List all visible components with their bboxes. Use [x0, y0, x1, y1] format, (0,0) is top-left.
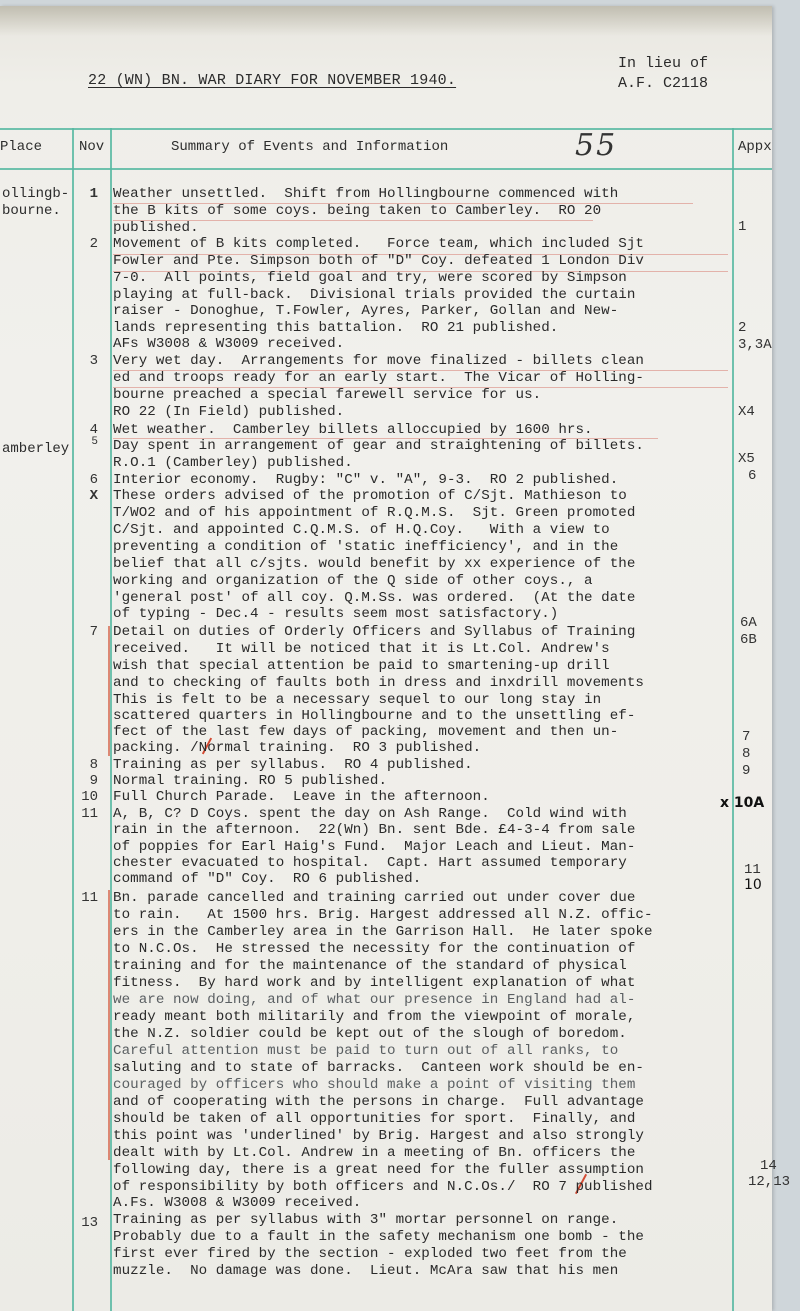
summary-line: Normal training. RO 5 published. [113, 773, 387, 790]
summary-line: lands representing this battalion. RO 21… [113, 320, 558, 337]
form-reference-line: In lieu of [618, 54, 708, 74]
summary-line: 7-0. All points, field goal and try, wer… [113, 270, 627, 287]
appendix-ref: 9 [742, 763, 750, 779]
summary-line: Movement of B kits completed. Force team… [113, 236, 644, 253]
appendix-ref: 12,13 [748, 1174, 790, 1190]
place-line: bourne. [2, 203, 69, 220]
appendix-ref: 11 [744, 862, 761, 878]
summary-line: Detail on duties of Orderly Officers and… [113, 624, 635, 641]
summary-line: Weather unsettled. Shift from Hollingbou… [113, 186, 618, 203]
day-number: 8 [70, 757, 98, 773]
header-bottom-rule [0, 168, 772, 170]
appendix-ref: 1 [738, 219, 746, 235]
summary-line: dealt with by Lt.Col. Andrew in a meetin… [113, 1145, 635, 1162]
summary-line: of responsibility by both officers and N… [113, 1179, 653, 1196]
appendix-ref: 6A [740, 615, 757, 631]
page-fold-shadow [0, 6, 772, 36]
appendix-ref-handwritten: 10 [744, 877, 762, 893]
summary-line: ready meant both militarily and from the… [113, 1009, 635, 1026]
red-margin-mark [108, 626, 110, 756]
summary-line: Probably due to a fault in the safety me… [113, 1229, 644, 1246]
summary-line: of poppies for Earl Haig's Fund. Major L… [113, 839, 635, 856]
column-header-place: Place [0, 139, 42, 155]
red-margin-mark [108, 890, 110, 1160]
summary-line: command of "D" Coy. RO 6 published. [113, 871, 421, 888]
summary-line: to rain. At 1500 hrs. Brig. Hargest addr… [113, 907, 653, 924]
column-header-appx: Appx [738, 139, 772, 155]
summary-line: to N.C.Os. He stressed the necessity for… [113, 941, 635, 958]
summary-line: AFs W3008 & W3009 received. [113, 336, 344, 353]
summary-line: Training as per syllabus. RO 4 published… [113, 757, 473, 774]
nov-column-divider [110, 128, 112, 1311]
summary-line: belief that all c/sjts. would benefit by… [113, 556, 635, 573]
place-camberley: amberley [2, 441, 69, 458]
summary-line: packing. /Normal training. RO 3 publishe… [113, 740, 481, 757]
summary-line: fect of the last few days of packing, mo… [113, 724, 618, 741]
summary-line: following day, there is a great need for… [113, 1162, 644, 1179]
summary-line: the B kits of some coys. being taken to … [113, 203, 601, 220]
summary-line: and of cooperating with the persons in c… [113, 1094, 644, 1111]
summary-line: scattered quarters in Hollingbourne and … [113, 708, 635, 725]
summary-line: A.Fs. W3008 & W3009 received. [113, 1195, 361, 1212]
appendix-ref: 14 [760, 1158, 777, 1174]
summary-line: rain in the afternoon. 22(Wn) Bn. sent B… [113, 822, 635, 839]
summary-line: Wet weather. Camberley billets alloccupi… [113, 422, 593, 439]
summary-line: working and organization of the Q side o… [113, 573, 593, 590]
appendix-ref: 6 [748, 468, 756, 484]
summary-line: should be taken of all opportunities for… [113, 1111, 635, 1128]
day-number: 10 [70, 789, 98, 805]
appendix-ref: X4 [738, 404, 755, 420]
summary-line: Full Church Parade. Leave in the afterno… [113, 789, 490, 806]
day-number: 5 [70, 436, 98, 448]
summary-line: received. It will be noticed that it is … [113, 641, 610, 658]
place-column-divider [72, 128, 74, 1311]
summary-line: wish that special attention be paid to s… [113, 658, 610, 675]
day-number: 11 [70, 806, 98, 822]
summary-line: These orders advised of the promotion of… [113, 488, 627, 505]
summary-line: raiser - Donoghue, T.Fowler, Ayres, Park… [113, 303, 618, 320]
summary-line: and to checking of faults both in dress … [113, 675, 644, 692]
appendix-ref: X5 [738, 451, 755, 467]
summary-line: playing at full-back. Divisional trials … [113, 287, 635, 304]
summary-line: 'general post' of all coy. Q.M.Ss. was o… [113, 590, 635, 607]
summary-line: Training as per syllabus with 3" mortar … [113, 1212, 618, 1229]
summary-line: Interior economy. Rugby: "C" v. "A", 9-3… [113, 472, 618, 489]
summary-line: muzzle. No damage was done. Lieut. McAra… [113, 1263, 618, 1280]
form-reference-line: A.F. C2118 [618, 74, 708, 94]
summary-line: Careful attention must be paid to turn o… [113, 1043, 618, 1060]
header-top-rule [0, 128, 772, 130]
summary-line: T/WO2 and of his appointment of R.Q.M.S.… [113, 505, 635, 522]
summary-line: Very wet day. Arrangements for move fina… [113, 353, 644, 370]
appendix-ref-handwritten: x 10A [720, 795, 764, 811]
day-number: 13 [70, 1215, 98, 1231]
place-line: amberley [2, 441, 69, 458]
summary-line: A, B, C? D Coys. spent the day on Ash Ra… [113, 806, 627, 823]
summary-line: fitness. By hard work and by intelligent… [113, 975, 635, 992]
document-title: 22 (WN) BN. WAR DIARY FOR NOVEMBER 1940. [88, 72, 456, 89]
form-reference: In lieu of A.F. C2118 [618, 54, 708, 94]
summary-line: ers in the Camberley area in the Garriso… [113, 924, 653, 941]
appendix-ref: 6B [740, 632, 757, 648]
appendix-ref: 2 [738, 320, 746, 336]
day-number: 6 [70, 472, 98, 488]
summary-line: saluting and to state of barracks. Cante… [113, 1060, 644, 1077]
summary-line: we are now doing, and of what our presen… [113, 992, 635, 1009]
summary-line: this point was 'underlined' by Brig. Har… [113, 1128, 644, 1145]
summary-line: first ever fired by the section - explod… [113, 1246, 627, 1263]
summary-line: the N.Z. soldier could be kept out of th… [113, 1026, 627, 1043]
appendix-ref: 8 [742, 746, 750, 762]
summary-line: ed and troops ready for an early start. … [113, 370, 644, 387]
day-number: 9 [70, 773, 98, 789]
summary-line: R.O.1 (Camberley) published. [113, 455, 353, 472]
summary-line: preventing a condition of 'static ineffi… [113, 539, 618, 556]
summary-line: This is felt to be a necessary sequel to… [113, 692, 601, 709]
day-number: 7 [70, 624, 98, 640]
day-number: X [70, 488, 98, 504]
summary-line: Fowler and Pte. Simpson both of "D" Coy.… [113, 253, 644, 270]
day-number: 2 [70, 236, 98, 252]
day-number: 11 [70, 890, 98, 906]
day-number: 1 [70, 186, 98, 202]
handwritten-page-number: 55 [575, 128, 617, 163]
summary-line: couraged by officers who should make a p… [113, 1077, 635, 1094]
summary-line: chester evacuated to hospital. Capt. Har… [113, 855, 627, 872]
appendix-ref: 3,3A [738, 337, 772, 353]
summary-line: RO 22 (In Field) published. [113, 404, 344, 421]
summary-line: published. [113, 220, 199, 237]
column-header-nov: Nov [79, 139, 104, 155]
day-number: 3 [70, 353, 98, 369]
place-hollingbourne: ollingb- bourne. [2, 186, 69, 220]
summary-line: bourne preached a special farewell servi… [113, 387, 541, 404]
summary-line: Day spent in arrangement of gear and str… [113, 438, 644, 455]
summary-line: C/Sjt. and appointed C.Q.M.S. of H.Q.Coy… [113, 522, 610, 539]
appendix-ref: 7 [742, 729, 750, 745]
appx-column-divider [732, 128, 734, 1311]
summary-line: of typing - Dec.4 - results seem most sa… [113, 606, 558, 623]
place-line: ollingb- [2, 186, 69, 203]
column-header-summary: Summary of Events and Information [171, 139, 448, 155]
summary-line: training and for the maintenance of the … [113, 958, 627, 975]
summary-line: Bn. parade cancelled and training carrie… [113, 890, 635, 907]
